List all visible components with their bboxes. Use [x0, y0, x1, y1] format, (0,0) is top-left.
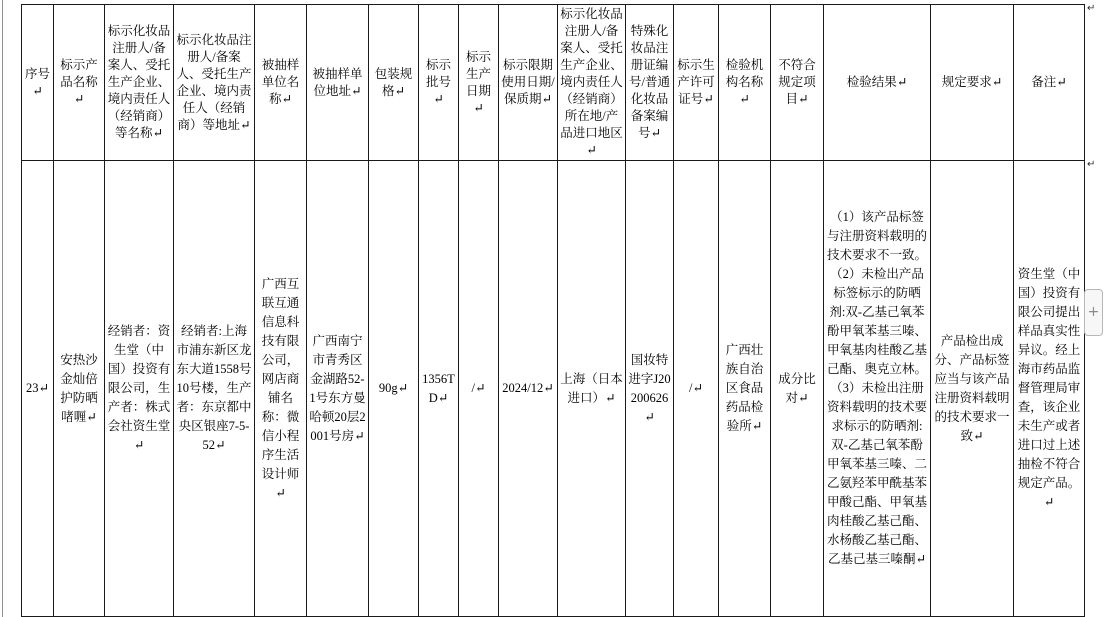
col-header-inspection-agency: 检验机构名称↵: [719, 5, 771, 161]
cell-production-license-number: /↵: [674, 161, 719, 617]
col-header-production-date: 标示生产日期↵: [459, 5, 499, 161]
col-header-sampled-unit-address: 被抽样单位地址↵: [307, 5, 369, 161]
cell-sampled-unit-address: 广西南宁市青秀区金湖路52-1号东方曼哈顿20层2001号房↵: [307, 161, 369, 617]
cell-inspection-result: （1）该产品标签与注册资料载明的技术要求不一致。（2）未检出产品标签标示的防晒剂…: [824, 161, 931, 617]
document-page: ↵ ↵ 序号↵ 标示产品名称↵ 标示化妆品注册人/备案人、受托生产企业、境内责任…: [0, 0, 1107, 617]
col-header-sampled-unit-name: 被抽样单位名称↵: [255, 5, 307, 161]
cell-origin-import-region: 上海（日本进口）↵: [558, 161, 626, 617]
cell-inspection-agency: 广西壮族自治区食品药品检验所↵: [719, 161, 771, 617]
header-row-end-mark: ↵: [1087, 3, 1095, 14]
col-header-serial-number: 序号↵: [22, 5, 54, 161]
cell-production-date: /↵: [459, 161, 499, 617]
col-header-origin-import-region: 标示化妆品注册人/备案人、受托生产企业、境内责任人（经销商）所在地/产品进口地区…: [558, 5, 626, 161]
table-row: 23↵ 安热沙金灿倍护防晒啫喱↵ 经销者：资生堂（中国）投资有限公司，生产者：株…: [22, 161, 1085, 617]
col-header-remarks: 备注↵: [1014, 5, 1085, 161]
page-left-edge-line: [2, 0, 3, 617]
col-header-nonconforming-item: 不符合规定项目↵: [771, 5, 824, 161]
cell-serial-number: 23↵: [22, 161, 54, 617]
col-header-production-license-number: 标示生产许可证号↵: [674, 5, 719, 161]
col-header-registration-cert-number: 特殊化妆品注册证编号/普通化妆品备案编号↵: [626, 5, 674, 161]
cell-product-name: 安热沙金灿倍护防晒啫喱↵: [54, 161, 105, 617]
data-row-end-mark: ↵: [1087, 159, 1095, 170]
cell-package-spec: 90g↵: [369, 161, 419, 617]
col-header-product-name: 标示产品名称↵: [54, 5, 105, 161]
inspection-results-table: 序号↵ 标示产品名称↵ 标示化妆品注册人/备案人、受托生产企业、境内责任人（经销…: [21, 4, 1085, 617]
col-header-expiry-date: 标示限期使用日期/保质期↵: [499, 5, 558, 161]
cell-registration-cert-number: 国妆特进字J20200626↵: [626, 161, 674, 617]
cell-registrant-name: 经销者：资生堂（中国）投资有限公司，生产者：株式会社资生堂↵: [105, 161, 174, 617]
cell-sampled-unit-name: 广西互联互通信息科技有限公司，网店商铺名称：微信小程序生活设计师↵: [255, 161, 307, 617]
col-header-registrant-address: 标示化妆品注册人/备案人、受托生产企业、境内责任人（经销商）等地址↵: [174, 5, 255, 161]
expand-button[interactable]: +: [1084, 289, 1103, 336]
col-header-requirement: 规定要求↵: [931, 5, 1014, 161]
header-row: 序号↵ 标示产品名称↵ 标示化妆品注册人/备案人、受托生产企业、境内责任人（经销…: [22, 5, 1085, 161]
cell-remarks: 资生堂（中国）投资有限公司提出样品真实性异议。经上海市药品监督管理局审查，该企业…: [1014, 161, 1085, 617]
col-header-batch-number: 标示批号↵: [419, 5, 459, 161]
cell-registrant-address: 经销者:上海市浦东新区龙东大道1558号10号楼，生产者：东京都中央区银座7-5…: [174, 161, 255, 617]
col-header-package-spec: 包装规格↵: [369, 5, 419, 161]
col-header-inspection-result: 检验结果↵: [824, 5, 931, 161]
cell-expiry-date: 2024/12↵: [499, 161, 558, 617]
cell-batch-number: 1356TD↵: [419, 161, 459, 617]
cell-nonconforming-item: 成分比对↵: [771, 161, 824, 617]
col-header-registrant-name: 标示化妆品注册人/备案人、受托生产企业、境内责任人（经销商）等名称↵: [105, 5, 174, 161]
cell-requirement: 产品检出成分、产品标签应当与该产品注册资料载明的技术要求一致↵: [931, 161, 1014, 617]
